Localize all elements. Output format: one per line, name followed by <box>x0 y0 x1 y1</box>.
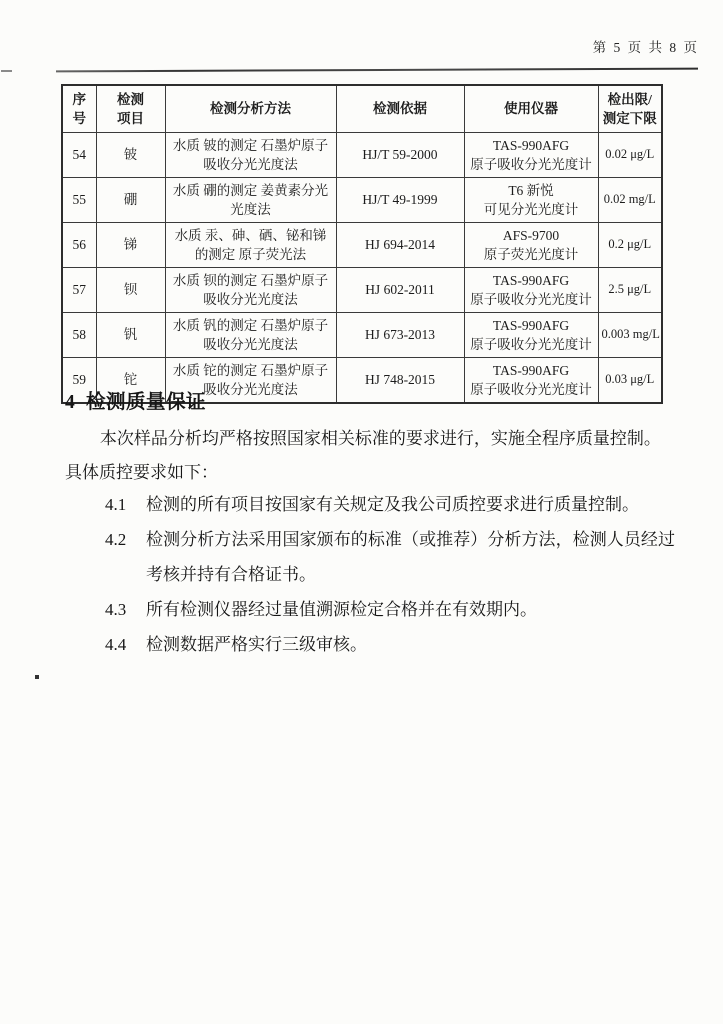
list-item-number: 4.2 <box>105 522 146 592</box>
table-row: 57 钡 水质 钡的测定 石墨炉原子吸收分光光度法 HJ 602-2011 TA… <box>62 268 662 313</box>
cell-standard: HJ 602-2011 <box>336 268 464 313</box>
cell-instrument: TAS-990AFG 原子吸收分光光度计 <box>464 133 598 178</box>
cell-instrument: AFS-9700 原子荧光光度计 <box>464 223 598 268</box>
col-header-standard: 检测依据 <box>336 85 464 133</box>
qa-intro-line1: 本次样品分析均严格按照国家相关标准的要求进行，实施全程序质量控制。 <box>65 422 675 456</box>
list-item-number: 4.3 <box>105 592 146 627</box>
cell-method: 水质 钒的测定 石墨炉原子吸收分光光度法 <box>165 313 336 358</box>
cell-no: 54 <box>62 133 96 178</box>
qa-section: 4 检测质量保证 本次样品分析均严格按照国家相关标准的要求进行，实施全程序质量控… <box>65 390 675 662</box>
col-header-limit-line2: 测定下限 <box>602 109 659 128</box>
list-item-number: 4.1 <box>105 487 146 522</box>
col-header-item-line2: 项目 <box>100 109 162 128</box>
instrument-model: TAS-990AFG <box>468 361 595 380</box>
list-item: 4.3 所有检测仪器经过量值溯源检定合格并在有效期内。 <box>105 592 675 627</box>
cell-method: 水质 汞、砷、硒、铋和锑的测定 原子荧光法 <box>165 223 336 268</box>
list-item-number: 4.4 <box>105 627 146 662</box>
cell-standard: HJ 673-2013 <box>336 313 464 358</box>
cell-standard: HJ/T 49-1999 <box>336 178 464 223</box>
instrument-name: 可见分光光度计 <box>468 200 595 219</box>
section-heading: 4 检测质量保证 <box>65 390 675 416</box>
cell-no: 56 <box>62 223 96 268</box>
cell-instrument: T6 新悦 可见分光光度计 <box>464 178 598 223</box>
instrument-name: 原子荧光光度计 <box>468 245 595 264</box>
col-header-limit: 检出限/ 测定下限 <box>598 85 662 133</box>
qa-intro-line2: 具体质控要求如下： <box>65 456 675 490</box>
instrument-name: 原子吸收分光光度计 <box>468 290 595 309</box>
cell-standard: HJ/T 59-2000 <box>336 133 464 178</box>
list-item: 4.2 检测分析方法采用国家颁布的标准（或推荐）分析方法，检测人员经过考核并持有… <box>105 522 675 592</box>
cell-limit: 0.02 μg/L <box>598 133 662 178</box>
cell-no: 58 <box>62 313 96 358</box>
list-item: 4.4 检测数据严格实行三级审核。 <box>105 627 675 662</box>
cell-instrument: TAS-990AFG 原子吸收分光光度计 <box>464 313 598 358</box>
qc-requirements-list: 4.1 检测的所有项目按国家有关规定及我公司质控要求进行质量控制。 4.2 检测… <box>65 487 675 662</box>
instrument-model: TAS-990AFG <box>468 271 595 290</box>
list-item: 4.1 检测的所有项目按国家有关规定及我公司质控要求进行质量控制。 <box>105 487 675 522</box>
cell-limit: 0.003 mg/L <box>598 313 662 358</box>
cell-limit: 0.02 mg/L <box>598 178 662 223</box>
cell-no: 55 <box>62 178 96 223</box>
col-header-limit-line1: 检出限/ <box>602 90 659 109</box>
instrument-model: TAS-990AFG <box>468 316 595 335</box>
cell-item: 钡 <box>96 268 165 313</box>
list-item-text: 所有检测仪器经过量值溯源检定合格并在有效期内。 <box>146 592 675 627</box>
table-row: 56 锑 水质 汞、砷、硒、铋和锑的测定 原子荧光法 HJ 694-2014 A… <box>62 223 662 268</box>
col-header-no: 序号 <box>62 85 96 133</box>
cell-limit: 0.2 μg/L <box>598 223 662 268</box>
table-row: 58 钒 水质 钒的测定 石墨炉原子吸收分光光度法 HJ 673-2013 TA… <box>62 313 662 358</box>
cell-instrument: TAS-990AFG 原子吸收分光光度计 <box>464 268 598 313</box>
scan-speck <box>35 675 39 679</box>
document-page: 第 5 页 共 8 页 序号 检测 项目 检测分析方法 检测依据 使用仪器 <box>0 0 723 1024</box>
cell-standard: HJ 694-2014 <box>336 223 464 268</box>
col-header-method: 检测分析方法 <box>165 85 336 133</box>
instrument-name: 原子吸收分光光度计 <box>468 155 595 174</box>
col-header-instrument: 使用仪器 <box>464 85 598 133</box>
cell-limit: 2.5 μg/L <box>598 268 662 313</box>
col-header-item-line1: 检测 <box>100 90 162 109</box>
cell-item: 铍 <box>96 133 165 178</box>
detection-methods-table: 序号 检测 项目 检测分析方法 检测依据 使用仪器 检出限/ 测定下限 54 铍… <box>61 84 663 404</box>
col-header-item: 检测 项目 <box>96 85 165 133</box>
cell-no: 57 <box>62 268 96 313</box>
cell-method: 水质 硼的测定 姜黄素分光光度法 <box>165 178 336 223</box>
cell-item: 锑 <box>96 223 165 268</box>
page-number: 第 5 页 共 8 页 <box>593 36 699 56</box>
list-item-text: 检测数据严格实行三级审核。 <box>146 627 675 662</box>
instrument-model: TAS-990AFG <box>468 136 595 155</box>
instrument-name: 原子吸收分光光度计 <box>468 335 595 354</box>
list-item-text: 检测分析方法采用国家颁布的标准（或推荐）分析方法，检测人员经过考核并持有合格证书… <box>146 522 675 592</box>
table-row: 55 硼 水质 硼的测定 姜黄素分光光度法 HJ/T 49-1999 T6 新悦… <box>62 178 662 223</box>
header-rule-fragment <box>1 70 12 72</box>
cell-item: 硼 <box>96 178 165 223</box>
table-row: 54 铍 水质 铍的测定 石墨炉原子吸收分光光度法 HJ/T 59-2000 T… <box>62 133 662 178</box>
instrument-model: T6 新悦 <box>468 181 595 200</box>
table-header-row: 序号 检测 项目 检测分析方法 检测依据 使用仪器 检出限/ 测定下限 <box>62 85 662 133</box>
header-rule <box>56 68 698 73</box>
cell-item: 钒 <box>96 313 165 358</box>
cell-method: 水质 铍的测定 石墨炉原子吸收分光光度法 <box>165 133 336 178</box>
list-item-text: 检测的所有项目按国家有关规定及我公司质控要求进行质量控制。 <box>146 487 675 522</box>
cell-method: 水质 钡的测定 石墨炉原子吸收分光光度法 <box>165 268 336 313</box>
instrument-model: AFS-9700 <box>468 226 595 245</box>
